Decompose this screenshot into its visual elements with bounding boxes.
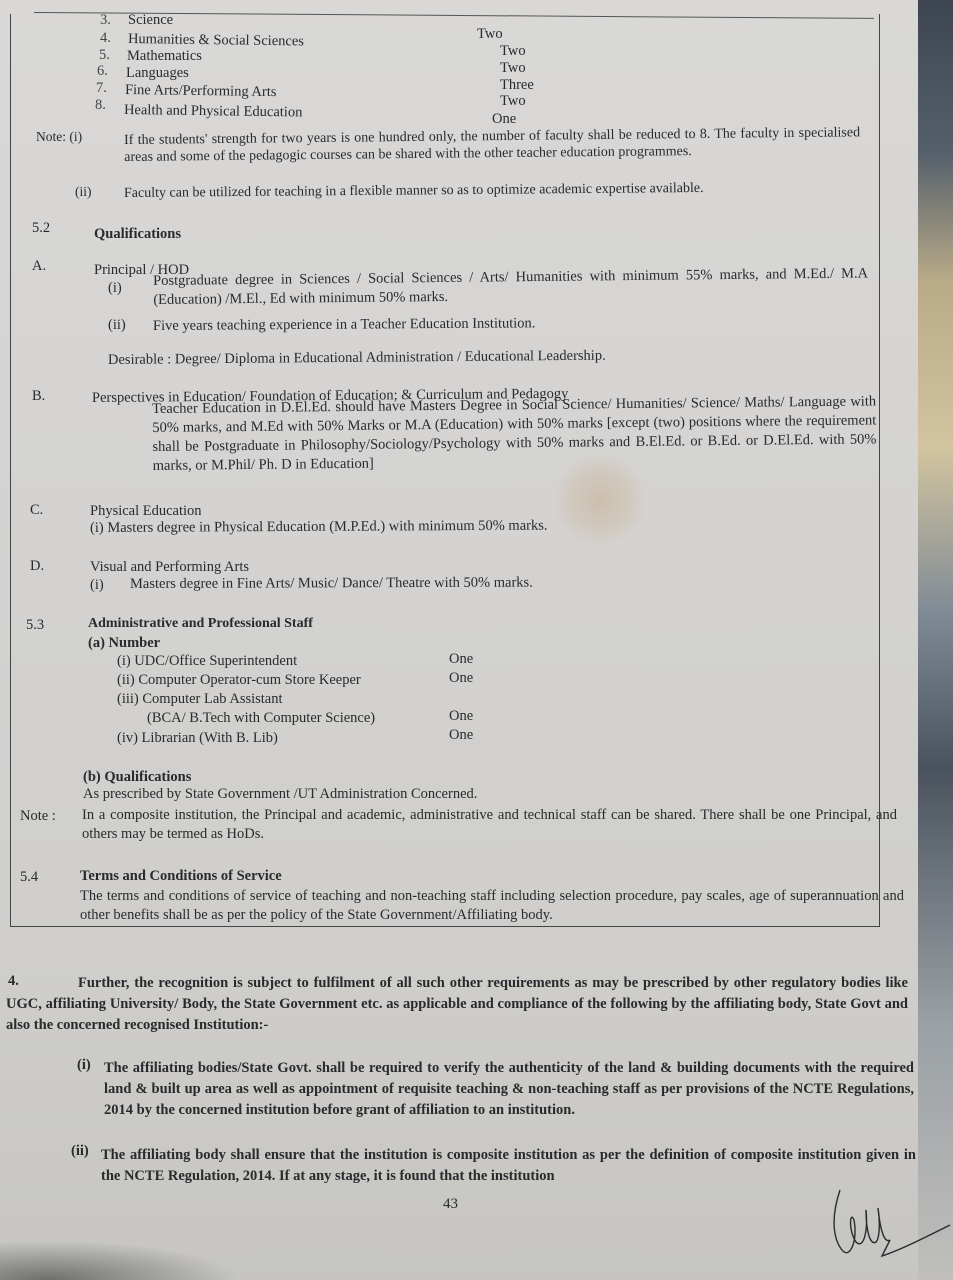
item-text: (i) Masters degree in Physical Education… [90, 518, 548, 537]
list-number: 3. [100, 12, 111, 29]
list-count: Two [500, 60, 526, 77]
section-title: Administrative and Professional Staff [88, 616, 313, 632]
staff-label: (BCA/ B.Tech with Computer Science) [147, 710, 375, 727]
sub-text: As prescribed by State Government /UT Ad… [83, 786, 477, 803]
item-text: Five years teaching experience in a Teac… [153, 315, 536, 335]
list-count: Three [500, 77, 534, 94]
para-text: Further, the recognition is subject to f… [6, 973, 908, 1036]
item-text: Postgraduate degree in Sciences / Social… [153, 265, 868, 310]
page-number: 43 [443, 1196, 458, 1213]
signature-icon [820, 1180, 953, 1270]
list-number: 6. [97, 63, 108, 80]
shadow-overlay [0, 1240, 240, 1280]
item-label: (i) [90, 577, 104, 594]
list-subject: Health and Physical Education [124, 102, 303, 121]
item-label: (ii) [108, 317, 126, 334]
sub-letter: A. [32, 258, 46, 275]
section-number: 5.4 [20, 869, 38, 886]
list-subject: Fine Arts/Performing Arts [125, 82, 277, 101]
item-label: (i) [77, 1057, 91, 1074]
list-number: 5. [99, 47, 110, 64]
sub-letter: C. [30, 502, 43, 519]
note-label-ii: (ii) [75, 184, 92, 200]
list-subject: Mathematics [127, 48, 202, 65]
note-label: Note : [20, 808, 56, 825]
staff-count: One [449, 670, 473, 687]
staff-count: One [449, 727, 473, 744]
item-text: Masters degree in Fine Arts/ Music/ Danc… [130, 575, 533, 593]
document-page: 3. Science 4. Humanities & Social Scienc… [0, 0, 918, 1280]
sub-heading: (a) Number [88, 635, 160, 652]
note-text: In a composite institution, the Principa… [82, 806, 897, 844]
staff-count: One [449, 708, 473, 725]
item-text: The affiliating body shall ensure that t… [101, 1145, 916, 1187]
background-surface [912, 0, 953, 1280]
note-label: Note: (i) [36, 129, 82, 145]
staff-label: (iii) Computer Lab Assistant [117, 691, 283, 708]
sub-title: Physical Education [90, 503, 202, 520]
section-title: Terms and Conditions of Service [80, 868, 282, 885]
section-number: 5.2 [32, 220, 50, 237]
list-count: Two [500, 93, 526, 110]
item-label: (i) [108, 280, 122, 297]
item-text: The affiliating bodies/State Govt. shall… [104, 1058, 914, 1121]
item-label: (ii) [71, 1143, 89, 1160]
staff-label: (ii) Computer Operator-cum Store Keeper [117, 672, 361, 689]
list-number: 4. [100, 30, 111, 47]
section-title: Qualifications [94, 226, 181, 243]
staff-label: (iv) Librarian (With B. Lib) [117, 730, 278, 747]
list-count: Two [500, 43, 526, 60]
sub-heading: (b) Qualifications [83, 769, 191, 786]
list-subject: Science [128, 12, 173, 29]
section-number: 5.3 [26, 617, 44, 634]
list-number: 8. [95, 97, 106, 114]
sub-title: Visual and Performing Arts [90, 559, 249, 576]
list-number: 7. [96, 80, 107, 97]
list-count: Two [477, 26, 503, 43]
sub-letter: B. [32, 388, 45, 405]
item-text: Teacher Education in D.El.Ed. should hav… [152, 392, 877, 476]
list-subject: Languages [126, 65, 189, 82]
list-count: One [492, 111, 516, 128]
sub-letter: D. [30, 558, 44, 575]
staff-label: (i) UDC/Office Superintendent [117, 653, 297, 670]
section-text: The terms and conditions of service of t… [80, 887, 904, 925]
staff-count: One [449, 651, 473, 668]
